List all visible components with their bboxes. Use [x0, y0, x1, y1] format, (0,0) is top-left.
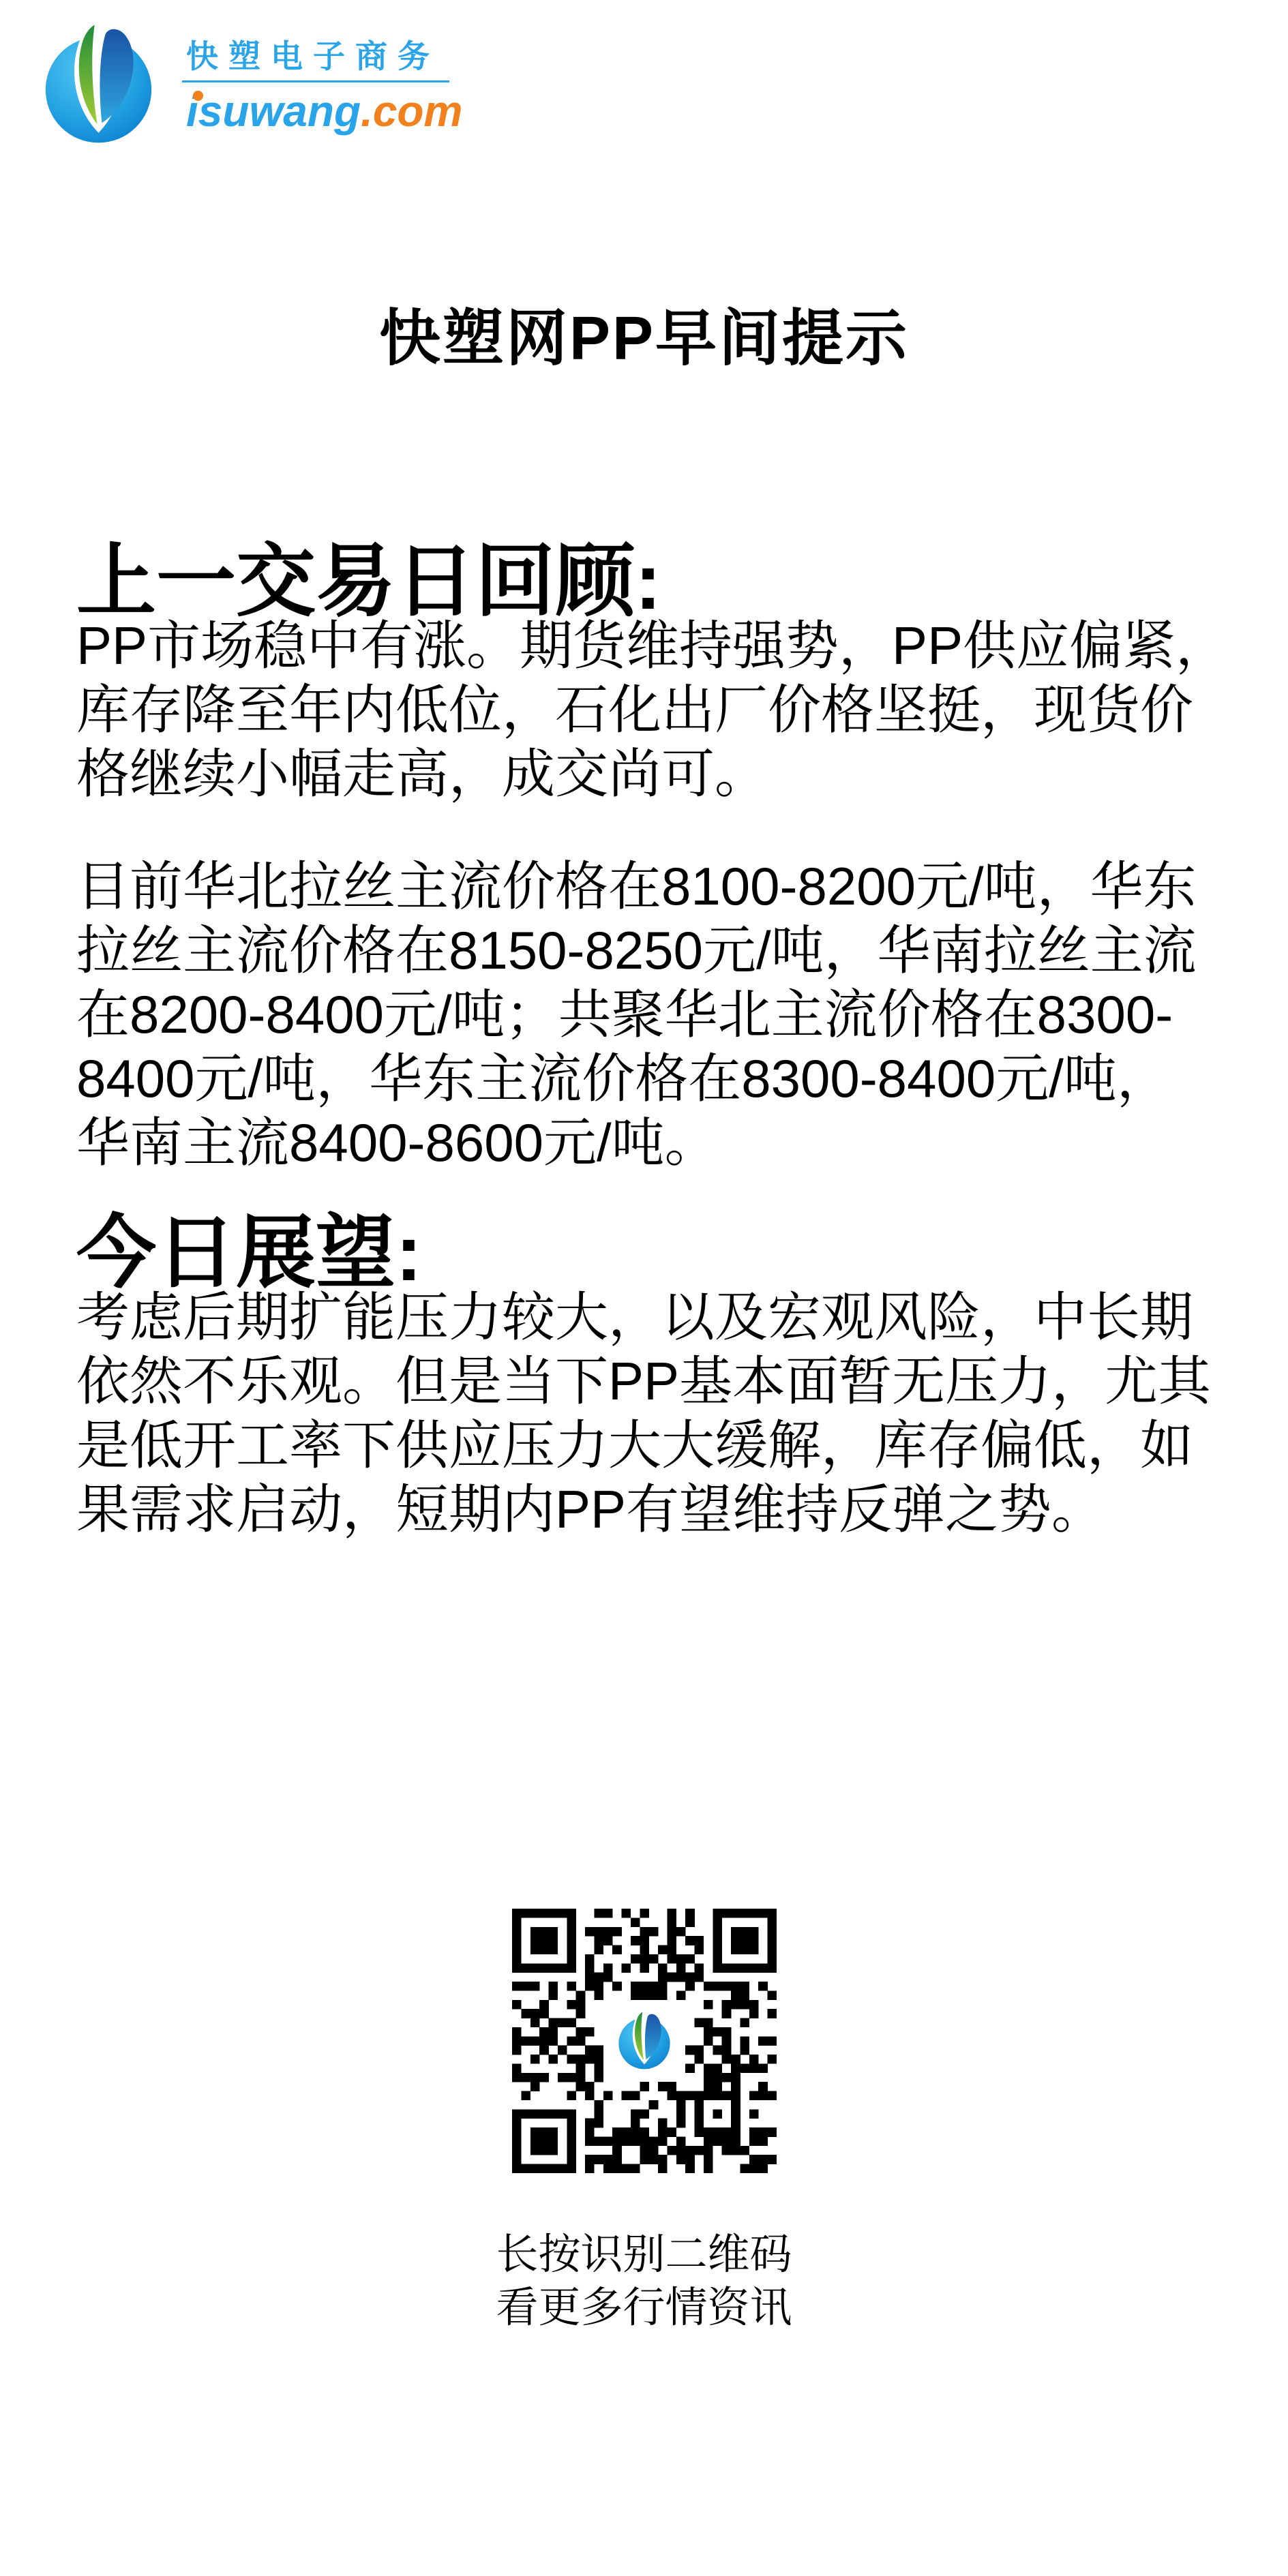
- text-line: 库存降至年内低位，石化出厂价格坚挺，现货价: [76, 678, 1215, 742]
- section-outlook: 今日展望: 考虑后期扩能压力较大，以及宏观风险，中长期依然不乐观。但是当下PP基…: [76, 1221, 1215, 1541]
- text-line: 是低开工率下供应压力大大缓解，库存偏低，如: [76, 1413, 1215, 1477]
- page: 快塑电子商务 isuwang.com 快塑网PP早间提示 上一交易日回顾: PP…: [0, 0, 1288, 2576]
- review-heading: 上一交易日回顾:: [76, 549, 1215, 613]
- text-line: 目前华北拉丝主流价格在8100-8200元/吨，华东: [76, 854, 1215, 918]
- article-body: 上一交易日回顾: PP市场稳中有涨。期货维持强势，PP供应偏紧，库存降至年内低位…: [76, 549, 1215, 1541]
- i-dot-accent: [193, 91, 203, 101]
- qr-center-badge: [610, 2006, 679, 2076]
- brand-text-block: 快塑电子商务 isuwang.com: [186, 24, 462, 135]
- brand-logo: 快塑电子商务 isuwang.com: [42, 24, 462, 145]
- isuwang-logo-icon: [42, 24, 155, 145]
- text-line: 果需求启动，短期内PP有望维持反弹之势。: [76, 1477, 1215, 1541]
- qr-center-logo-icon: [617, 2012, 672, 2070]
- review-paragraph-2: 目前华北拉丝主流价格在8100-8200元/吨，华东拉丝主流价格在8150-82…: [76, 854, 1215, 1175]
- outlook-heading: 今日展望:: [76, 1221, 1215, 1285]
- qr-code[interactable]: [512, 1909, 777, 2173]
- text-line: 考虑后期扩能压力较大，以及宏观风险，中长期: [76, 1285, 1215, 1349]
- text-line: 拉丝主流价格在8150-8250元/吨，华南拉丝主流: [76, 918, 1215, 982]
- text-line: 格继续小幅走高，成交尚可。: [76, 742, 1215, 806]
- text-line: 在8200-8400元/吨；共聚华北主流价格在8300-: [76, 982, 1215, 1046]
- qr-caption: 长按识别二维码 看更多行情资讯: [496, 2228, 792, 2335]
- qr-section: 长按识别二维码 看更多行情资讯: [0, 1909, 1288, 2335]
- spacer: [76, 806, 1215, 854]
- page-title: 快塑网PP早间提示: [0, 305, 1288, 372]
- brand-underline: [182, 80, 449, 82]
- text-line: 华南主流8400-8600元/吨。: [76, 1110, 1215, 1175]
- text-line: PP市场稳中有涨。期货维持强势，PP供应偏紧，: [76, 613, 1215, 678]
- text-line: 依然不乐观。但是当下PP基本面暂无压力，尤其: [76, 1349, 1215, 1413]
- outlook-paragraph: 考虑后期扩能压力较大，以及宏观风险，中长期依然不乐观。但是当下PP基本面暂无压力…: [76, 1285, 1215, 1541]
- section-review: 上一交易日回顾: PP市场稳中有涨。期货维持强势，PP供应偏紧，库存降至年内低位…: [76, 549, 1215, 1175]
- review-paragraph-1: PP市场稳中有涨。期货维持强势，PP供应偏紧，库存降至年内低位，石化出厂价格坚挺…: [76, 613, 1215, 806]
- brand-domain-tld: .com: [361, 87, 462, 136]
- qr-caption-line2: 看更多行情资讯: [496, 2282, 792, 2335]
- brand-name-chinese: 快塑电子商务: [186, 39, 462, 74]
- qr-caption-line1: 长按识别二维码: [496, 2228, 792, 2282]
- brand-domain-main: isuwang: [186, 87, 361, 136]
- brand-domain: isuwang.com: [186, 87, 462, 135]
- text-line: 8400元/吨，华东主流价格在8300-8400元/吨，: [76, 1046, 1215, 1110]
